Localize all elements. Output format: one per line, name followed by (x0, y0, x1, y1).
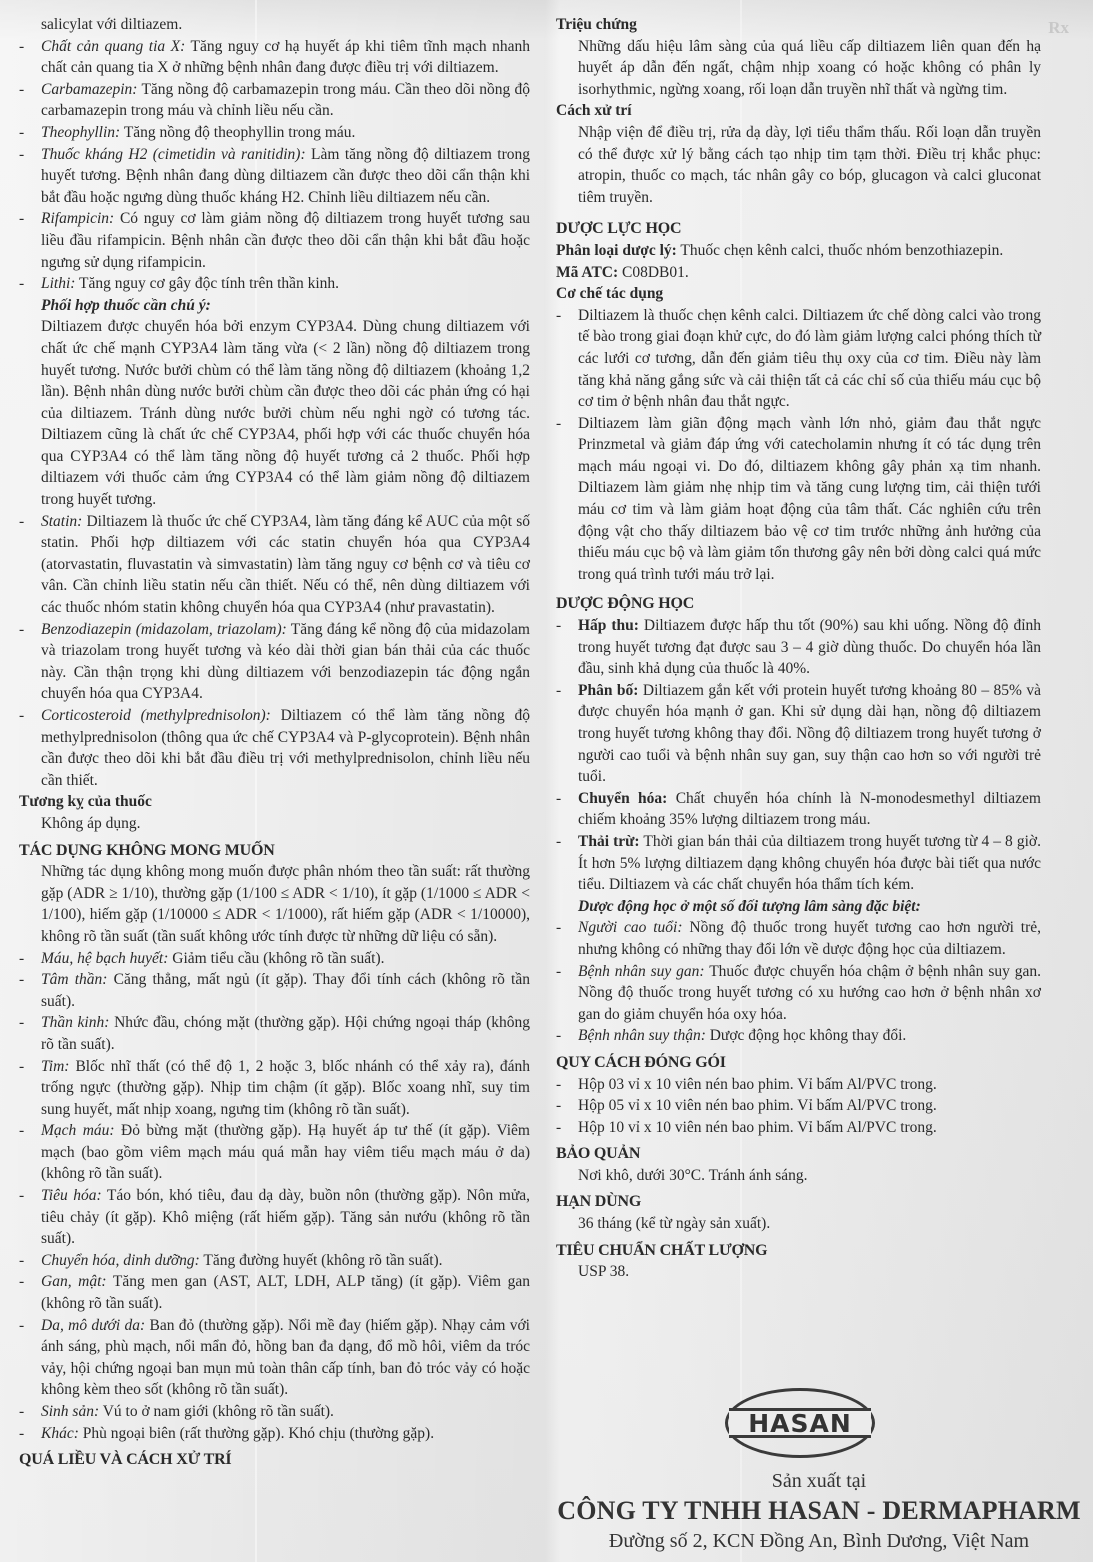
list-item: Corticosteroid (methylprednisolon): Dilt… (19, 705, 530, 791)
list-item: Máu, hệ bạch huyết: Giảm tiểu cầu (không… (19, 948, 530, 970)
adr-intro: Những tác dụng không mong muốn được phân… (19, 861, 530, 947)
list-item: Hộp 10 vỉ x 10 viên nén bao phim. Vỉ bấm… (556, 1117, 1041, 1139)
caution-list: Statin: Diltiazem là thuốc ức chế CYP3A4… (19, 511, 530, 792)
list-item: Thần kinh: Nhức đầu, chóng mặt (thường g… (19, 1012, 530, 1055)
list-item: Tim: Blốc nhĩ thất (có thể độ 1, 2 hoặc … (19, 1056, 530, 1121)
list-item: Diltiazem là thuốc chẹn kênh calci. Dilt… (556, 305, 1041, 413)
list-item: Lithi: Tăng nguy cơ gây độc tính trên th… (19, 273, 530, 295)
intro-line: salicylat với diltiazem. (19, 14, 530, 36)
incompat-text: Không áp dụng. (19, 813, 530, 835)
list-item: Benzodiazepin (midazolam, triazolam): Tă… (19, 619, 530, 705)
overdose-heading: QUÁ LIỀU VÀ CÁCH XỬ TRÍ (19, 1449, 530, 1471)
list-item: Chuyển hóa, dinh dưỡng: Tăng đường huyết… (19, 1250, 530, 1272)
list-item: Người cao tuổi: Nồng độ thuốc trong huyế… (556, 917, 1041, 960)
list-item: Gan, mật: Tăng men gan (AST, ALT, LDH, A… (19, 1271, 530, 1314)
list-item: Mạch máu: Đỏ bừng mặt (thường gặp). Hạ h… (19, 1120, 530, 1185)
adr-heading: TÁC DỤNG KHÔNG MONG MUỐN (19, 840, 530, 862)
interaction-list: Chất cản quang tia X: Tăng nguy cơ hạ hu… (19, 36, 530, 295)
treatment-heading: Cách xử trí (556, 100, 1041, 122)
pharmacodynamics-heading: DƯỢC LỰC HỌC (556, 218, 1041, 240)
rx-mark: Rx (1048, 18, 1069, 38)
treatment-text: Nhập viện để điều trị, rửa dạ dày, lợi t… (556, 122, 1041, 208)
list-item: Da, mô dưới da: Ban đỏ (thường gặp). Nổi… (19, 1315, 530, 1401)
manufactured-at-label: Sản xuất tại (545, 1470, 1093, 1493)
list-item: Chuyển hóa: Chất chuyển hóa chính là N-m… (556, 788, 1041, 831)
shelf-life-text: 36 tháng (kể từ ngày sản xuất). (556, 1213, 1041, 1235)
quality-standard-heading: TIÊU CHUẨN CHẤT LƯỢNG (556, 1240, 1041, 1262)
list-item: Thải trừ: Thời gian bán thải của diltiaz… (556, 831, 1041, 896)
company-address: Đường số 2, KCN Đồng An, Bình Dương, Việ… (545, 1530, 1093, 1553)
list-item: Theophyllin: Tăng nồng độ theophyllin tr… (19, 122, 530, 144)
right-column: Triệu chứng Những dấu hiệu lâm sàng của … (556, 14, 1041, 1283)
hasan-logo: HASAN (725, 1388, 875, 1460)
quality-standard-text: USP 38. (556, 1261, 1041, 1283)
list-item: Bệnh nhân suy gan: Thuốc được chuyển hóa… (556, 961, 1041, 1026)
storage-heading: BẢO QUẢN (556, 1143, 1041, 1165)
list-item: Hộp 03 vỉ x 10 viên nén bao phim. Vỉ bấm… (556, 1074, 1041, 1096)
company-name: CÔNG TY TNHH HASAN - DERMAPHARM (545, 1496, 1093, 1526)
logo-wordmark: HASAN (729, 1408, 871, 1438)
symptoms-heading: Triệu chứng (556, 14, 1041, 36)
pk-special-heading: Dược động học ở một số đối tượng lâm sàn… (556, 896, 1041, 918)
packaging-heading: QUY CÁCH ĐÓNG GÓI (556, 1052, 1041, 1074)
list-item: Hộp 05 vỉ x 10 viên nén bao phim. Vỉ bấm… (556, 1095, 1041, 1117)
list-item: Diltiazem làm giãn động mạch vành lớn nh… (556, 413, 1041, 586)
shelf-life-heading: HẠN DÙNG (556, 1191, 1041, 1213)
list-item: Carbamazepin: Tăng nồng độ carbamazepin … (19, 79, 530, 122)
pd-atc: Mã ATC: C08DB01. (556, 262, 1041, 284)
list-item: Rifampicin: Có nguy cơ làm giảm nồng độ … (19, 208, 530, 273)
list-item: Bệnh nhân suy thận: Dược động học không … (556, 1025, 1041, 1047)
symptoms-text: Những dấu hiệu lâm sàng của quá liều cấp… (556, 36, 1041, 101)
list-item: Tiêu hóa: Táo bón, khó tiêu, đau dạ dày,… (19, 1185, 530, 1250)
caution-heading: Phối hợp thuốc cần chú ý: (19, 295, 530, 317)
list-item: Chất cản quang tia X: Tăng nguy cơ hạ hu… (19, 36, 530, 79)
list-item: Phân bố: Diltiazem gắn kết với protein h… (556, 680, 1041, 788)
incompat-heading: Tương kỵ của thuốc (19, 791, 530, 813)
pd-class: Phân loại dược lý: Thuốc chẹn kênh calci… (556, 240, 1041, 262)
logo-oval-icon: HASAN (725, 1388, 875, 1458)
left-column: salicylat với diltiazem. Chất cản quang … (19, 14, 530, 1471)
list-item: Tâm thần: Căng thẳng, mất ngủ (ít gặp). … (19, 969, 530, 1012)
list-item: Hấp thu: Diltiazem được hấp thu tốt (90%… (556, 615, 1041, 680)
list-item: Sinh sản: Vú to ở nam giới (không rõ tần… (19, 1401, 530, 1423)
list-item: Thuốc kháng H2 (cimetidin và ranitidin):… (19, 144, 530, 209)
caution-text: Diltiazem được chuyển hóa bởi enzym CYP3… (19, 316, 530, 510)
list-item: Khác: Phù ngoại biên (rất thường gặp). K… (19, 1423, 530, 1445)
storage-text: Nơi khô, dưới 30°C. Tránh ánh sáng. (556, 1165, 1041, 1187)
mechanism-heading: Cơ chế tác dụng (556, 283, 1041, 305)
adr-list: Máu, hệ bạch huyết: Giảm tiểu cầu (không… (19, 948, 530, 1445)
pharmacokinetics-heading: DƯỢC ĐỘNG HỌC (556, 593, 1041, 615)
list-item: Statin: Diltiazem là thuốc ức chế CYP3A4… (19, 511, 530, 619)
